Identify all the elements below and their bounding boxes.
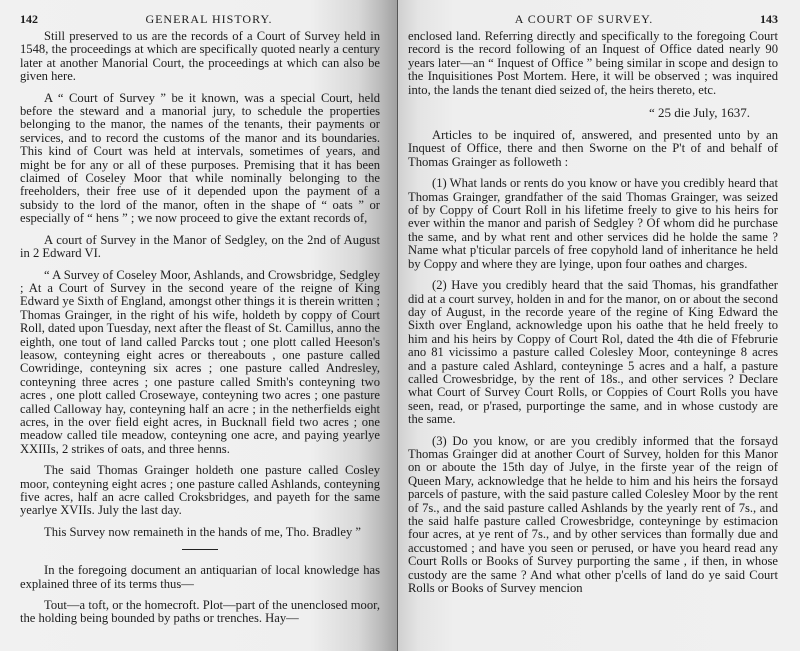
right-running-header: A COURT OF SURVEY. 143 [408,12,778,26]
dateline: “ 25 die July, 1637. [408,105,778,121]
running-head-right: A COURT OF SURVEY. [408,12,760,27]
paragraph: In the foregoing document an antiquarian… [20,564,380,591]
quoted-survey: “ A Survey of Coseley Moor, Ashlands, an… [20,269,380,457]
right-page: A COURT OF SURVEY. 143 enclosed land. Re… [398,0,800,651]
book-spread: 142 GENERAL HISTORY. Still preserved to … [0,0,800,651]
paragraph: The said Thomas Grainger holdeth one pas… [20,464,380,518]
page-number-right: 143 [760,12,778,27]
left-page: 142 GENERAL HISTORY. Still preserved to … [0,0,398,651]
paragraph: This Survey now remaineth in the hands o… [20,526,380,539]
running-head-left: GENERAL HISTORY. [38,12,380,27]
article-3: (3) Do you know, or are you credibly inf… [408,435,778,596]
paragraph: A court of Survey in the Manor of Sedgle… [20,234,380,261]
paragraph: Tout—a toft, or the homecroft. Plot—part… [20,599,380,626]
section-divider [182,549,218,550]
page-number-left: 142 [20,12,38,27]
paragraph: enclosed land. Referring directly and sp… [408,30,778,97]
article-1: (1) What lands or rents do you know or h… [408,177,778,271]
paragraph: Still preserved to us are the records of… [20,30,380,84]
paragraph: Articles to be inquired of, answered, an… [408,129,778,169]
left-running-header: 142 GENERAL HISTORY. [20,12,380,26]
article-2: (2) Have you credibly heard that the sai… [408,279,778,426]
paragraph: A “ Court of Survey ” be it known, was a… [20,92,380,226]
